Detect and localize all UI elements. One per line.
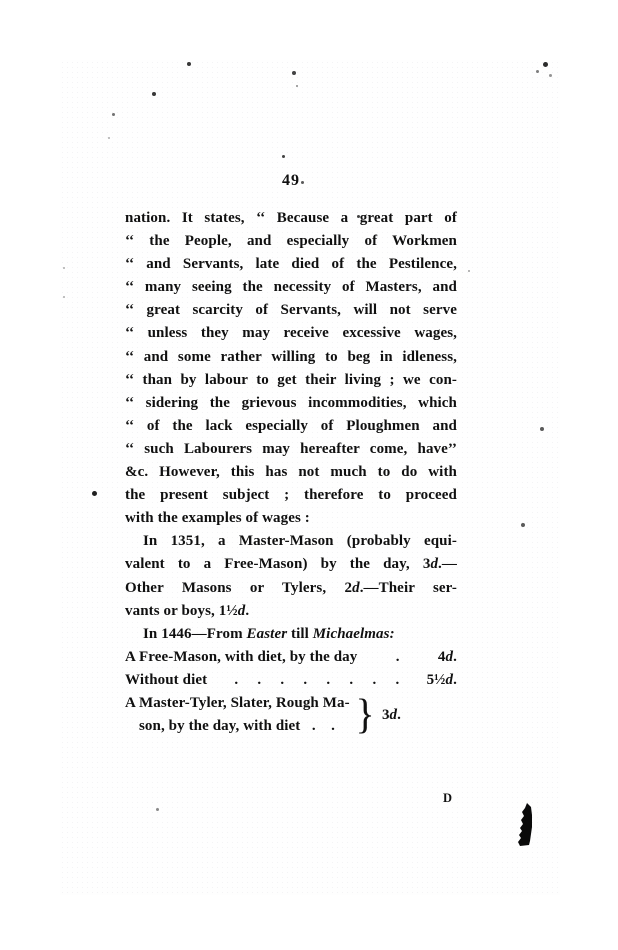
ink-speck (468, 270, 470, 272)
text-run: ‘‘ and Servants, late died of the Pestil… (125, 256, 457, 272)
text-run: 3 (382, 707, 390, 723)
text-run: vants or boys, 1½ (125, 603, 238, 619)
leader-dot: . (257, 669, 261, 692)
text-run: ‘‘ many seeing the necessity of Masters,… (125, 279, 457, 295)
text-run: ‘‘ and some rather willing to beg in idl… (125, 349, 457, 365)
text-run: ‘‘ the People, and especially of Workmen (125, 233, 457, 249)
text-run: with the examples of wages : (125, 510, 310, 526)
ink-speck (92, 491, 97, 496)
leader-dot: . (396, 646, 400, 669)
text-line: with the examples of wages : (125, 507, 457, 530)
text-run: . (453, 672, 457, 688)
signature-mark: D (443, 791, 453, 806)
text-run: 4 (438, 649, 446, 665)
ink-speck (187, 62, 191, 66)
text-line: son, by the day, with diet . . (125, 715, 350, 738)
text-run: .— (438, 556, 457, 572)
text-line: In 1446—From Easter till Michaelmas: (125, 623, 457, 646)
text-line: Other Masons or Tylers, 2d.—Their ser- (125, 577, 457, 600)
text-run: son, by the day, with diet . . (139, 718, 335, 734)
text-run: ‘‘ unless they may receive excessive wag… (125, 325, 457, 341)
text-line: ‘‘ many seeing the necessity of Masters,… (125, 276, 457, 299)
text-run: valent to a Free-Mason) by the day, 3 (125, 556, 430, 572)
text-line: the present subject ; therefore to proce… (125, 484, 457, 507)
text-run: . (245, 603, 249, 619)
text-line: ‘‘ and Servants, late died of the Pestil… (125, 253, 457, 276)
scanned-book-page: 49 nation. It states, ‘‘ Because a great… (0, 0, 618, 950)
text-line: A Master-Tyler, Slater, Rough Ma- (125, 692, 350, 715)
ink-speck (296, 85, 298, 87)
text-run: A Free-Mason, with diet, by the day (125, 646, 357, 669)
text-run: ‘‘ sidering the grievous incommodities, … (125, 395, 457, 411)
ink-speck (152, 92, 156, 96)
leader-dots: . (357, 646, 438, 669)
leader-dot: . (280, 669, 284, 692)
text-line: valent to a Free-Mason) by the day, 3d.— (125, 553, 457, 576)
italic-text: Michaelmas: (313, 626, 395, 642)
ink-speck (156, 808, 159, 811)
ink-speck (63, 296, 65, 298)
italic-text: Easter (247, 626, 288, 642)
text-line: ‘‘ and some rather willing to beg in idl… (125, 346, 457, 369)
leader-dot: . (303, 669, 307, 692)
ink-speck (108, 137, 110, 139)
price-value: 5½d. (427, 669, 457, 692)
brace-row: A Master-Tyler, Slater, Rough Ma-son, by… (125, 692, 457, 738)
text-line: nation. It states, ‘‘ Because a great pa… (125, 207, 457, 230)
italic-text: d (430, 556, 438, 572)
text-run: In 1446—From (143, 626, 247, 642)
ink-speck (63, 267, 65, 269)
ink-speck (112, 113, 115, 116)
text-line: ‘‘ of the lack especially of Ploughmen a… (125, 415, 457, 438)
text-line: vants or boys, 1½d. (125, 600, 457, 623)
ink-speck (357, 215, 360, 218)
leader-dot: . (372, 669, 376, 692)
text-line: ‘‘ such Labourers may hereafter come, ha… (125, 438, 457, 461)
text-run: nation. It states, ‘‘ Because a great pa… (125, 210, 457, 226)
text-run: Other Masons or Tylers, 2 (125, 580, 352, 596)
text-line: In 1351, a Master-Mason (probably equi- (125, 530, 457, 553)
text-run: A Master-Tyler, Slater, Rough Ma- (125, 695, 350, 711)
italic-text: d (390, 707, 398, 723)
ink-blot (513, 801, 537, 849)
page-number: 49 (125, 172, 457, 190)
ink-speck (292, 71, 296, 75)
price-line: A Free-Mason, with diet, by the day.4d. (125, 646, 457, 669)
text-run: ‘‘ than by labour to get their living ; … (125, 372, 457, 388)
text-run: . (397, 707, 401, 723)
text-line: &c. However, this has not much to do wit… (125, 461, 457, 484)
text-line: ‘‘ the People, and especially of Workmen (125, 230, 457, 253)
text-run: ‘‘ such Labourers may hereafter come, ha… (125, 441, 457, 457)
text-run: .—Their ser- (360, 580, 457, 596)
leader-dots: ........ (207, 669, 426, 692)
leader-dot: . (326, 669, 330, 692)
text-run: In 1351, a Master-Mason (probably equi- (143, 533, 457, 549)
italic-text: d (446, 649, 454, 665)
text-line: ‘‘ sidering the grievous incommodities, … (125, 392, 457, 415)
text-run: Without diet (125, 669, 207, 692)
ink-speck (549, 74, 552, 77)
text-line: ‘‘ great scarcity of Servants, will not … (125, 299, 457, 322)
text-run: ‘‘ great scarcity of Servants, will not … (125, 302, 457, 318)
leader-dot: . (234, 669, 238, 692)
italic-text: d (352, 580, 360, 596)
ink-speck (536, 70, 539, 73)
text-line: ‘‘ unless they may receive excessive wag… (125, 322, 457, 345)
ink-speck (282, 155, 285, 158)
brace-left-lines: A Master-Tyler, Slater, Rough Ma-son, by… (125, 692, 350, 738)
ink-speck (521, 523, 525, 527)
text-line: ‘‘ than by labour to get their living ; … (125, 369, 457, 392)
text-run: the present subject ; therefore to proce… (125, 487, 457, 503)
leader-dot: . (349, 669, 353, 692)
ink-speck (301, 181, 304, 184)
ink-speck (540, 427, 544, 431)
price-line: Without diet........5½d. (125, 669, 457, 692)
text-run: . (453, 649, 457, 665)
paper-surface: 49 nation. It states, ‘‘ Because a great… (60, 60, 560, 895)
text-run: ‘‘ of the lack especially of Ploughmen a… (125, 418, 457, 434)
ink-speck (543, 62, 548, 67)
text-run: 5½ (427, 672, 446, 688)
price-value: 4d. (438, 646, 457, 669)
leader-dot: . (395, 669, 399, 692)
price-value: 3d. (382, 704, 401, 727)
text-run: Without diet (125, 672, 207, 688)
italic-text: d (446, 672, 454, 688)
text-run: till (287, 626, 313, 642)
text-block: nation. It states, ‘‘ Because a great pa… (125, 207, 457, 738)
brace-icon: } (355, 692, 374, 738)
text-run: &c. However, this has not much to do wit… (125, 464, 457, 480)
text-run: A Free-Mason, with diet, by the day (125, 649, 357, 665)
